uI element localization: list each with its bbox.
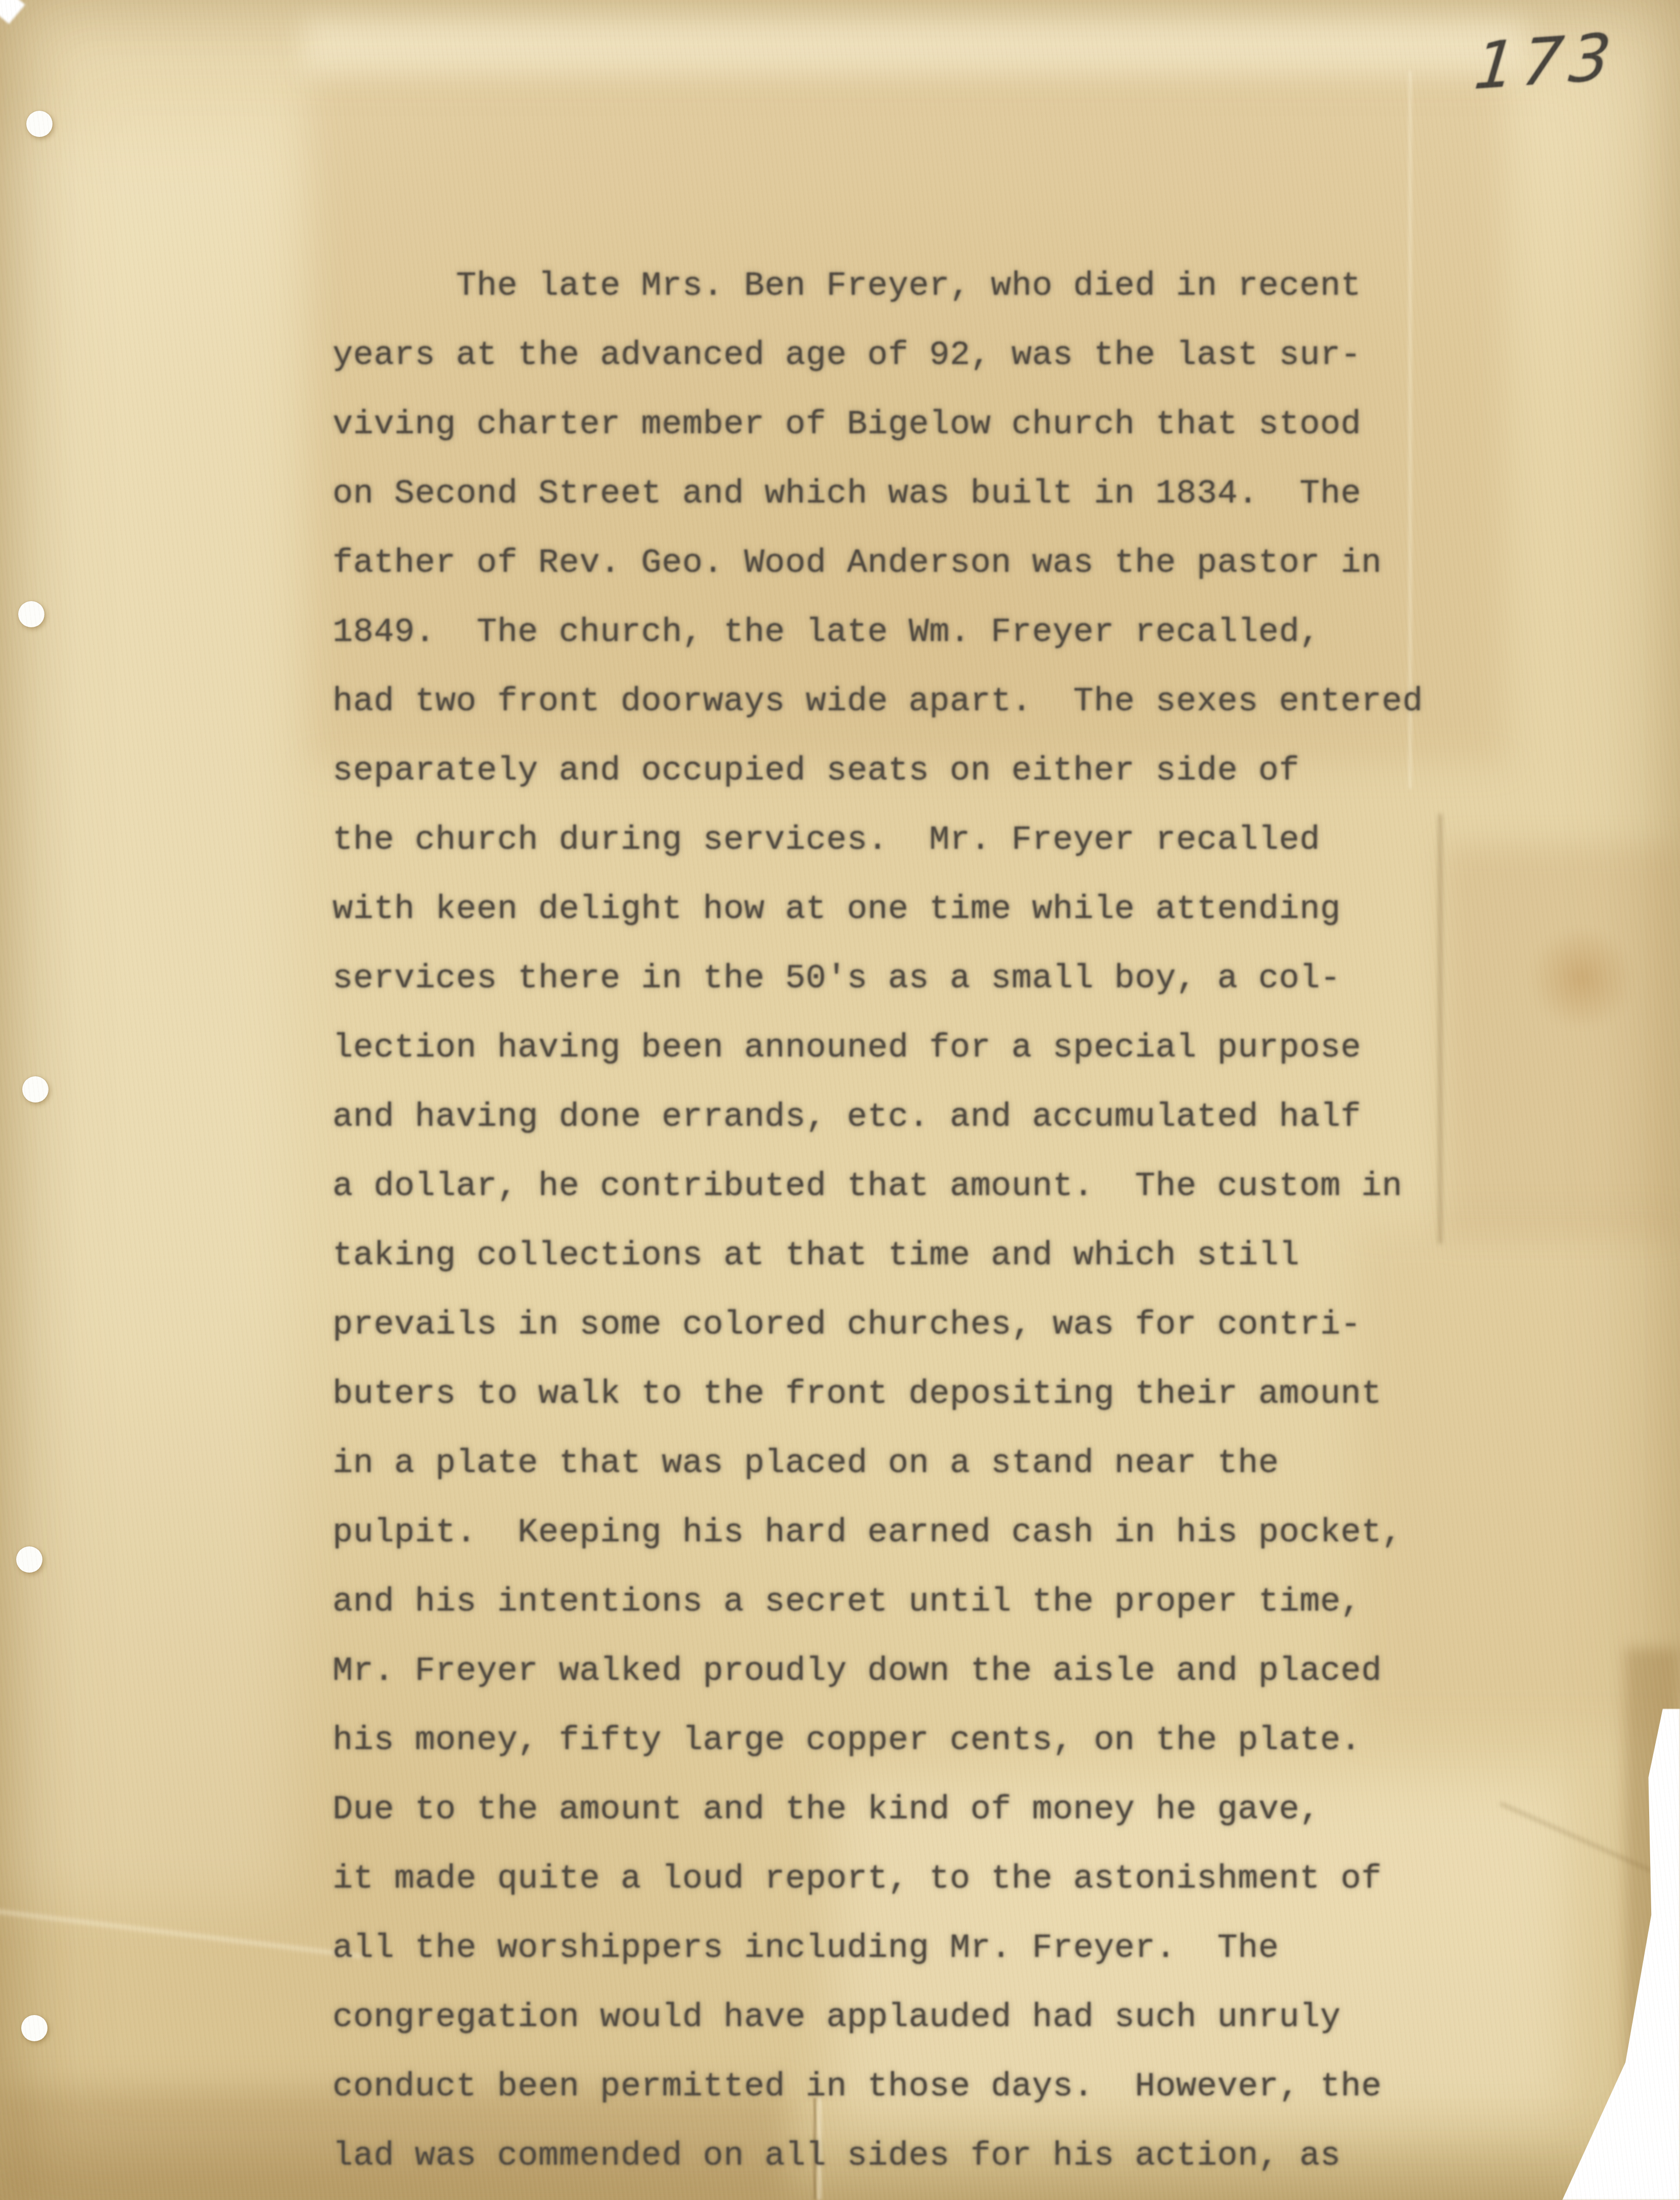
ragged-edge-shading [1625,1648,1680,2200]
paper-crease [1500,1802,1680,1891]
corner-notch [0,0,25,24]
punch-hole [26,111,53,137]
typewritten-text: The late Mrs. Ben Freyer, who died in re… [333,252,1423,2191]
page-number: 173 [1471,19,1621,104]
punch-hole [16,1546,42,1573]
punch-hole [21,2015,48,2041]
brown-stain [1526,930,1638,1026]
paper-light-band [303,20,1526,76]
punch-hole [18,601,44,627]
paper-crease [1438,814,1442,1244]
paper-light-margin [0,131,293,1901]
paper-crease [0,1908,363,1958]
tape-stain-patch [1443,844,1680,1239]
punch-hole [22,1076,49,1103]
torn-corner [1536,1709,1680,2200]
document-page: 173 The late Mrs. Ben Freyer, who died i… [0,0,1680,2200]
